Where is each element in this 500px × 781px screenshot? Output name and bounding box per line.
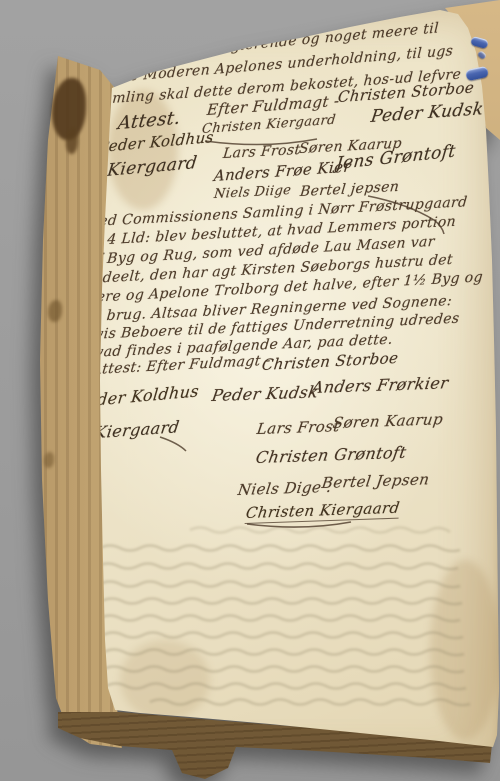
signature: Niels Dige . bbox=[237, 478, 333, 499]
manuscript-book: Niels Trolborg begierende og noget meere… bbox=[0, 0, 500, 781]
signature: Bertel Jepsen bbox=[321, 470, 431, 492]
signature: Peder Kudsk bbox=[210, 382, 319, 405]
photo-scene: Niels Trolborg begierende og noget meere… bbox=[0, 0, 500, 781]
signature: Lars Frost bbox=[256, 417, 341, 438]
